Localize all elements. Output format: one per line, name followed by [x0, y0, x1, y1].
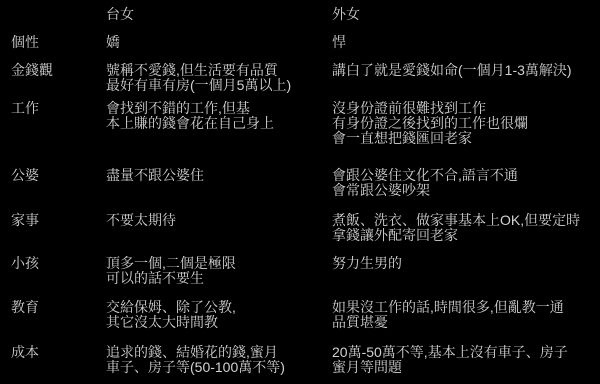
cell-foreign: 會跟公婆住文化不合,語言不通 會常跟公婆吵架: [332, 168, 596, 198]
row-label: 教育: [11, 300, 99, 315]
cell-foreign: 努力生男的: [332, 256, 596, 271]
cell-foreign: 悍: [332, 35, 596, 50]
cell-taiwan: 嬌: [106, 35, 328, 50]
comparison-table: 台女 外女 個性嬌悍金錢觀號稱不愛錢,但生活要有品質 最好有車有房(一個月5萬以…: [0, 0, 600, 384]
column-header-taiwan: 台女: [106, 7, 328, 22]
row-label: 小孩: [11, 256, 99, 271]
row-label: 工作: [11, 101, 99, 116]
row-label: 個性: [11, 35, 99, 50]
row-label: 金錢觀: [11, 63, 99, 78]
cell-taiwan: 盡量不跟公婆住: [106, 168, 328, 183]
cell-foreign: 沒身份證前很難找到工作 有身份證之後找到的工作也很爛 會一直想把錢匯回老家: [332, 101, 596, 146]
cell-taiwan: 交給保姆、除了公教, 其它沒太大時間教: [106, 300, 328, 330]
row-label: 家事: [11, 213, 99, 228]
cell-taiwan: 追求的錢、結婚花的錢,蜜月 車子、房子等(50-100萬不等): [106, 345, 328, 375]
cell-foreign: 20萬-50萬不等,基本上沒有車子、房子 蜜月等問題: [332, 345, 596, 375]
cell-foreign: 煮飯、洗衣、做家事基本上OK,但要定時 拿錢讓外配寄回老家: [332, 213, 596, 243]
row-label: 成本: [11, 345, 99, 360]
cell-taiwan: 不要太期待: [106, 213, 328, 228]
cell-taiwan: 會找到不錯的工作,但基 本上賺的錢會花在自己身上: [106, 101, 328, 131]
cell-taiwan: 號稱不愛錢,但生活要有品質 最好有車有房(一個月5萬以上): [106, 63, 328, 93]
row-label: 公婆: [11, 168, 99, 183]
cell-foreign: 如果沒工作的話,時間很多,但亂教一通 品質堪憂: [332, 300, 596, 330]
cell-foreign: 講白了就是愛錢如命(一個月1-3萬解決): [332, 63, 596, 78]
column-header-foreign: 外女: [332, 7, 596, 22]
cell-taiwan: 頂多一個,二個是極限 可以的話不要生: [106, 256, 328, 286]
